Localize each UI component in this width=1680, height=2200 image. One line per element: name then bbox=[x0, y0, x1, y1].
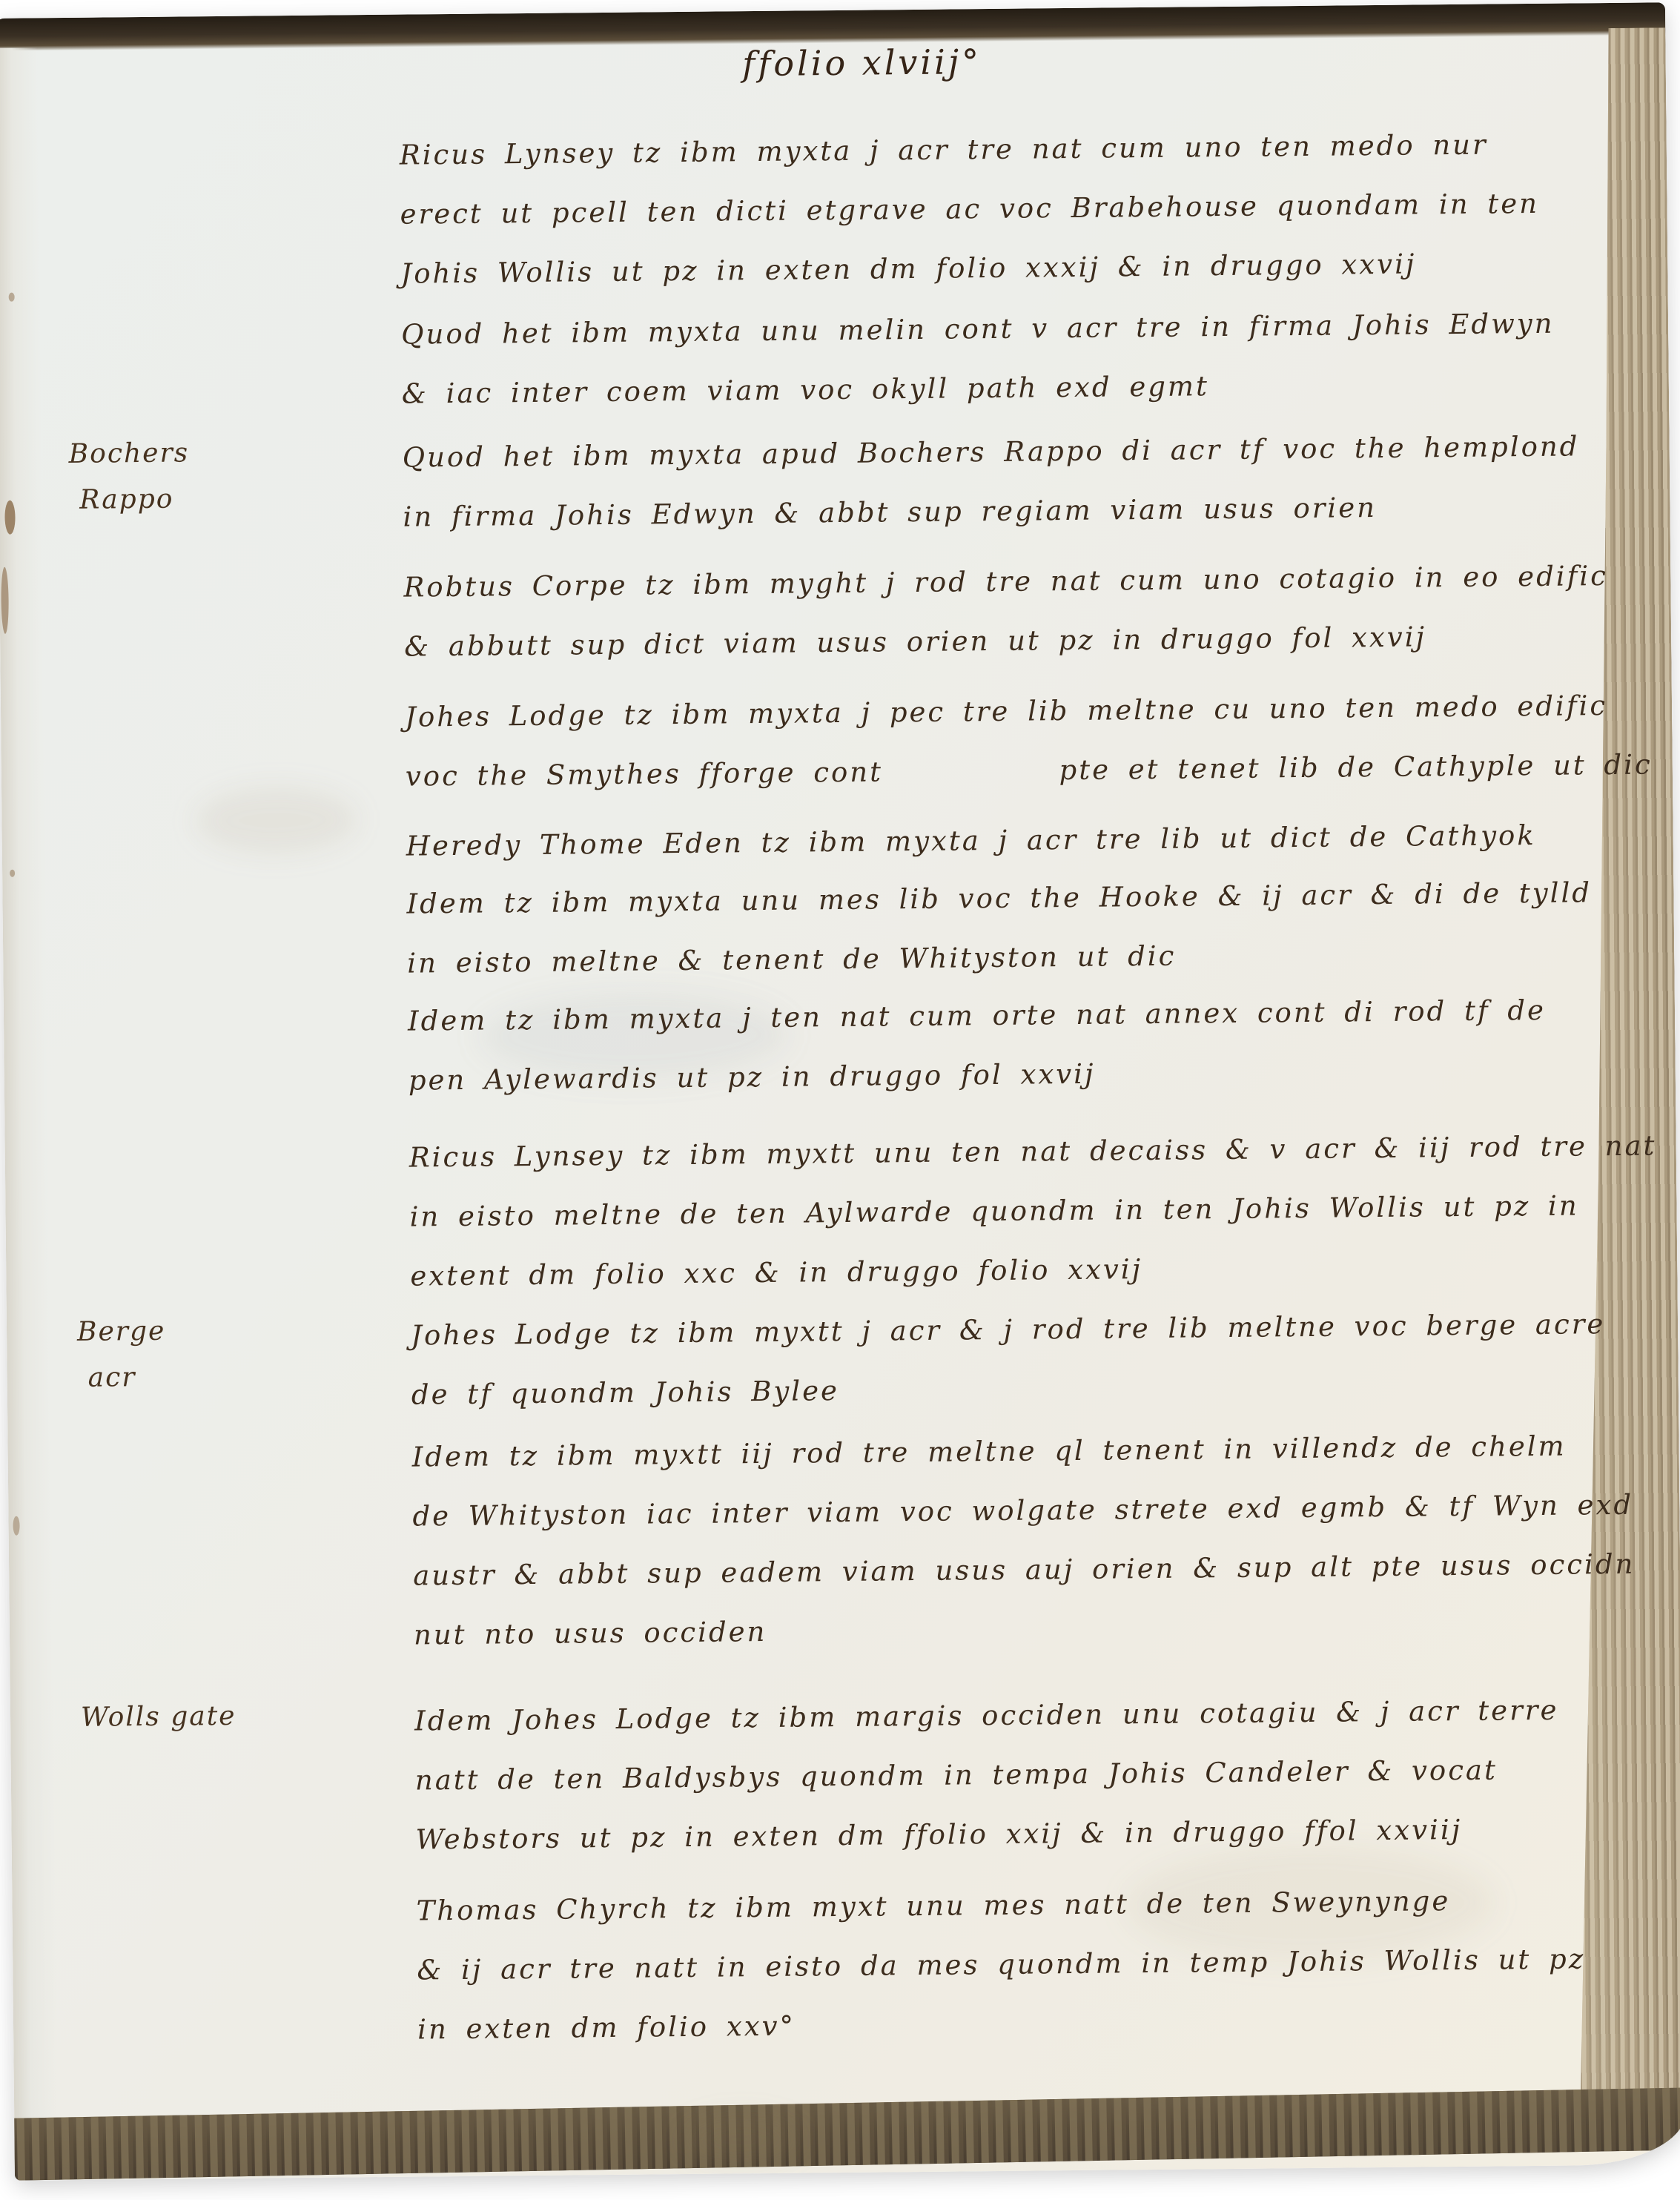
entry-lines: Idem tz ibm myxtt iij rod tre meltne ql … bbox=[411, 1417, 1570, 1665]
manuscript-line: Idem tz ibm myxta unu mes lib voc the Ho… bbox=[406, 864, 1564, 934]
entry-lines: Idem tz ibm myxta j ten nat cum orte nat… bbox=[408, 981, 1565, 1111]
manuscript-entry: Wolls gate Idem Johes Lodge tz ibm margi… bbox=[10, 1679, 1680, 1696]
manuscript-line: de tf quondm Johis Bylee bbox=[411, 1355, 1569, 1425]
manuscript-line: Robtus Corpe tz ibm myght j rod tre nat … bbox=[403, 547, 1561, 618]
entry-lines: Quod het ibm myxta apud Bochers Rappo di… bbox=[402, 417, 1559, 547]
entry-lines: Idem Johes Lodge tz ibm margis occiden u… bbox=[414, 1681, 1572, 1870]
manuscript-line: Johes Lodge tz ibm myxtt j acr & j rod t… bbox=[411, 1295, 1568, 1366]
manuscript-line: Idem tz ibm myxta j ten nat cum orte nat… bbox=[408, 981, 1565, 1051]
manuscript-line: extent dm folio xxc & in druggo folio xx… bbox=[410, 1236, 1567, 1307]
entry-lines: Quod het ibm myxta unu melin cont v acr … bbox=[401, 294, 1558, 424]
manuscript-line: Quod het ibm myxta apud Bochers Rappo di… bbox=[402, 417, 1559, 488]
manuscript-line: Idem tz ibm myxtt iij rod tre meltne ql … bbox=[411, 1417, 1569, 1487]
manuscript-entry: Ricus Lynsey tz ibm myxta j acr tre nat … bbox=[0, 113, 1666, 130]
manuscript-line: pen Aylewardis ut pz in druggo fol xxvij bbox=[408, 1040, 1565, 1111]
manuscript-entry: Heredy Thome Eden tz ibm myxta j acr tre… bbox=[1, 805, 1673, 821]
margin-note-line: Rappo bbox=[69, 475, 374, 523]
manuscript-line: Thomas Chyrch tz ibm myxt unu mes natt d… bbox=[416, 1871, 1573, 1941]
margin-note-line: Wolls gate bbox=[81, 1692, 386, 1741]
manuscript-line: Johis Wollis ut pz in exten dm folio xxx… bbox=[400, 234, 1558, 304]
manuscript-line: in exten dm folio xxv° bbox=[417, 1989, 1575, 2060]
entry-lines: Johes Lodge tz ibm myxtt j acr & j rod t… bbox=[411, 1295, 1568, 1425]
manuscript-line: & iac inter coem viam voc okyll path exd… bbox=[402, 354, 1559, 424]
manuscript-photo: ffolio xlviij° Ricus Lynsey tz ibm myxta… bbox=[0, 0, 1680, 2200]
manuscript-line: in eisto meltne de ten Aylwarde quondm i… bbox=[409, 1177, 1567, 1247]
entry-lines: Robtus Corpe tz ibm myght j rod tre nat … bbox=[403, 547, 1561, 677]
manuscript-entry: Ricus Lynsey tz ibm myxtt unu ten nat de… bbox=[4, 1116, 1676, 1132]
manuscript-line: erect ut pcell ten dicti etgrave ac voc … bbox=[400, 174, 1557, 245]
entry-lines: Johes Lodge tz ibm myxta j pec tre lib m… bbox=[405, 677, 1562, 807]
entry-lines: Idem tz ibm myxta unu mes lib voc the Ho… bbox=[406, 864, 1564, 994]
manuscript-line: voc the Smythes fforge cont pte et tenet… bbox=[406, 736, 1563, 807]
manuscript-line: nut nto usus occiden bbox=[414, 1595, 1571, 1665]
manuscript-line: Webstors ut pz in exten dm ffolio xxij &… bbox=[415, 1800, 1572, 1870]
manuscript-entry: Thomas Chyrch tz ibm myxt unu mes natt d… bbox=[12, 1869, 1680, 1886]
margin-note: BochersRappo bbox=[68, 429, 373, 523]
manuscript-entry: Johes Lodge tz ibm myxta j pec tre lib m… bbox=[1, 675, 1672, 692]
manuscript-line: & abbutt sup dict viam usus orien ut pz … bbox=[404, 607, 1561, 677]
manuscript-line: austr & abbt sup eadem viam usus auj ori… bbox=[413, 1536, 1570, 1606]
margin-note: Wolls gate bbox=[81, 1692, 386, 1741]
margin-note-line: acr bbox=[77, 1352, 382, 1401]
manuscript-line: & ij acr tre natt in eisto da mes quondm… bbox=[417, 1930, 1574, 2001]
book-page: ffolio xlviij° Ricus Lynsey tz ibm myxta… bbox=[0, 2, 1680, 2181]
folio-header: ffolio xlviij° bbox=[706, 42, 1017, 85]
entry-lines: Thomas Chyrch tz ibm myxt unu mes natt d… bbox=[416, 1871, 1574, 2060]
manuscript-line: Ricus Lynsey tz ibm myxta j acr tre nat … bbox=[399, 115, 1556, 185]
entry-lines: Ricus Lynsey tz ibm myxtt unu ten nat de… bbox=[409, 1117, 1567, 1307]
manuscript-line: in firma Johis Edwyn & abbt sup regiam v… bbox=[403, 477, 1560, 547]
entry-lines: Ricus Lynsey tz ibm myxta j acr tre nat … bbox=[399, 115, 1557, 304]
margin-note-line: Berge bbox=[77, 1307, 382, 1355]
manuscript-line: Quod het ibm myxta unu melin cont v acr … bbox=[401, 294, 1558, 365]
manuscript-line: de Whityston iac inter viam voc wolgate … bbox=[412, 1476, 1570, 1547]
manuscript-line: Ricus Lynsey tz ibm myxtt unu ten nat de… bbox=[409, 1117, 1566, 1188]
margin-note-line: Bochers bbox=[68, 429, 373, 478]
manuscript-line: natt de ten Baldysbys quondm in tempa Jo… bbox=[415, 1740, 1572, 1811]
manuscript-text-layer: ffolio xlviij° Ricus Lynsey tz ibm myxta… bbox=[0, 2, 1680, 2181]
entries-container: Ricus Lynsey tz ibm myxta j acr tre nat … bbox=[0, 2, 1665, 19]
manuscript-line: Idem Johes Lodge tz ibm margis occiden u… bbox=[414, 1681, 1572, 1751]
manuscript-entry: Robtus Corpe tz ibm myght j rod tre nat … bbox=[0, 546, 1670, 562]
margin-note: Bergeacr bbox=[77, 1307, 382, 1401]
manuscript-line: Johes Lodge tz ibm myxta j pec tre lib m… bbox=[405, 677, 1562, 747]
